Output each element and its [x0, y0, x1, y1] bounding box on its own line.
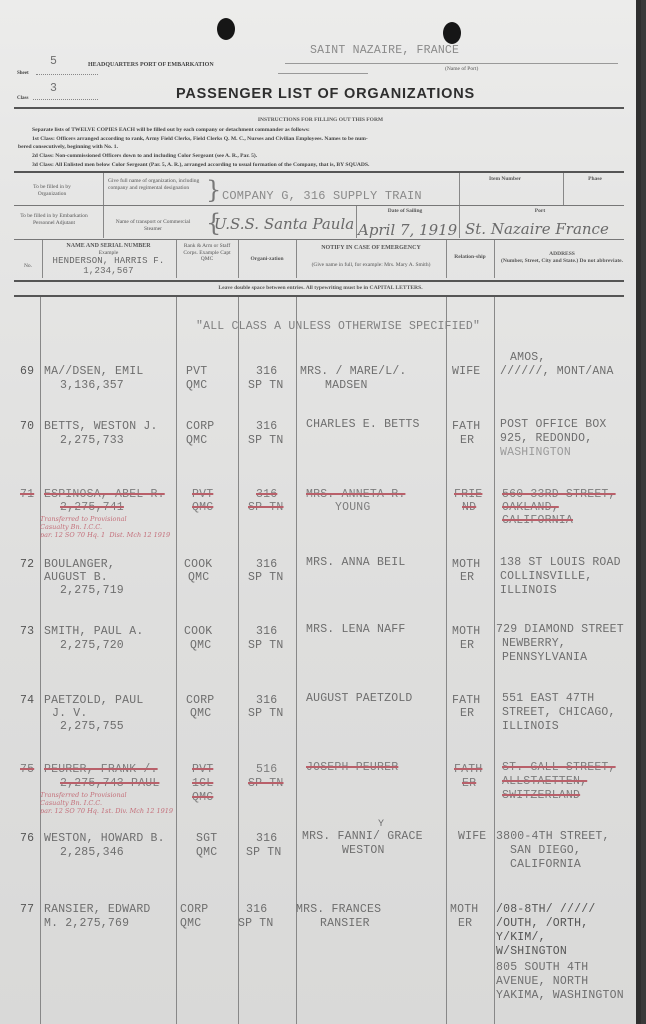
entry-serial: 2,275,719	[60, 584, 124, 598]
entry-address-3: CALIFORNIA	[502, 514, 573, 528]
passenger-list-document: 5 Sheet HEADQUARTERS PORT OF EMBARKATION…	[0, 0, 641, 1024]
entry-serial: 2,285,346	[60, 846, 124, 860]
col-name-title: NAME AND SERIAL NUMBER	[42, 243, 175, 250]
entry-org: 316	[256, 365, 277, 379]
entry-no: 75	[20, 763, 34, 777]
org-instruction: Give full name of organization, includin…	[108, 178, 206, 191]
filled-by-org-label: To be filled in by Organization	[22, 184, 82, 197]
entry-org: 316	[256, 832, 277, 846]
entry-address-3: SWITZERLAND	[502, 789, 580, 803]
entry-org-unit: SP TN	[248, 379, 284, 393]
transfer-annotation: Transferred to Provisional Casualty Bn. …	[40, 791, 173, 815]
entry-relationship-2: ER	[460, 639, 474, 653]
entry-address-2: 925, REDONDO,	[500, 432, 592, 446]
entry-address-5: 805 SOUTH 4TH	[496, 961, 588, 975]
entry-no: 74	[20, 694, 34, 708]
entry-address-1: /08-8TH/ /////	[496, 903, 595, 917]
entry-arm: 1CL	[192, 777, 213, 791]
class-note: "ALL CLASS A UNLESS OTHERWISE SPECIFIED"	[196, 320, 480, 334]
entry-notify-2: WESTON	[342, 844, 385, 858]
entry-org: 316	[256, 488, 277, 502]
date-of-sailing: April 7, 1919	[358, 221, 457, 239]
entry-rank: COOK	[184, 625, 212, 639]
instructions-line-5: 3d Class: All Enlisted men below Color S…	[32, 161, 369, 169]
short-divider	[278, 73, 368, 74]
entry-address-2: /OUTH, /ORTH,	[496, 917, 588, 931]
entry-notify-2: MADSEN	[325, 379, 368, 393]
scan-edge	[636, 0, 641, 1024]
entry-serial: 2,275,743 PAUL	[60, 777, 159, 791]
entry-no: 72	[20, 558, 34, 572]
entry-notify: AUGUST PAETZOLD	[306, 692, 413, 706]
body-line-1	[40, 297, 41, 1024]
entry-address-7: YAKIMA, WASHINGTON	[496, 989, 624, 1003]
embark-divider-3	[459, 206, 460, 238]
org-rule	[14, 205, 624, 206]
sheet-line	[36, 74, 98, 75]
entry-arm: QMC	[192, 501, 213, 515]
entry-rank: CORP	[186, 694, 214, 708]
punch-hole-right	[443, 22, 461, 44]
port-line	[285, 63, 618, 64]
entry-address-4: W/SHINGTON	[496, 945, 567, 959]
entry-address-6: AVENUE, NORTH	[496, 975, 588, 989]
entry-org-unit: SP TN	[248, 639, 284, 653]
entry-rank: PVT	[186, 365, 207, 379]
organization-name: COMPANY G, 316 SUPPLY TRAIN	[222, 189, 422, 203]
entry-org-unit: SP TN	[248, 434, 284, 448]
entry-relationship-2: ER	[462, 777, 476, 791]
body-line-5	[446, 297, 447, 1024]
entry-no: 70	[20, 420, 34, 434]
entry-notify-2: YOUNG	[335, 501, 371, 515]
col-relationship: Relation-ship	[448, 254, 492, 261]
entry-address-3: ILLINOIS	[500, 584, 557, 598]
entry-address-3: Y/KIM/,	[496, 931, 546, 945]
entry-address-2: STREET, CHICAGO,	[502, 706, 616, 720]
entry-address-2: ALLSTAETTEN,	[502, 775, 587, 789]
entry-relationship-2: ER	[460, 571, 474, 585]
entry-address-3: ILLINOIS	[502, 720, 559, 734]
entry-relationship: FATH	[454, 763, 482, 777]
entry-arm: QMC	[190, 707, 211, 721]
entry-serial: 2,275,755	[60, 720, 124, 734]
entry-address-1: 3800-4TH STREET,	[496, 830, 610, 844]
entry-notify: MRS. LENA NAFF	[306, 623, 405, 637]
entry-relationship-2: ER	[458, 917, 472, 931]
entry-rank: CORP	[180, 903, 208, 917]
entry-name: BETTS, WESTON J.	[44, 420, 158, 434]
entry-name: PAETZOLD, PAUL	[44, 694, 143, 708]
col-line-3	[238, 240, 239, 278]
body-line-3	[238, 297, 239, 1024]
entry-address-3: WASHINGTON	[500, 446, 571, 460]
col-notify-title: NOTIFY IN CASE OF EMERGENCY	[310, 245, 432, 252]
entry-org-unit: SP TN	[238, 917, 274, 931]
entry-address-2: NEWBERRY,	[502, 637, 566, 651]
entry-org: 316	[256, 625, 277, 639]
instructions-line-2: 1st Class: Officers arranged according t…	[32, 135, 368, 143]
entry-rank: SGT	[196, 832, 217, 846]
entry-name: PEURER, FRANK /.	[44, 763, 158, 777]
sheet-label: Sheet	[17, 70, 29, 78]
entry-address-2: OAKLAND,	[502, 501, 559, 515]
transport-name: U.S.S. Santa Paula	[214, 215, 354, 233]
entry-arm: QMC	[180, 917, 201, 931]
entry-relationship-2: ND	[462, 501, 476, 515]
class-line	[33, 99, 98, 100]
entry-rank: PVT	[192, 763, 213, 777]
entry-arm: QMC	[190, 639, 211, 653]
entry-notify: MRS. ANNETA R.	[306, 488, 405, 502]
entry-name: SMITH, PAUL A.	[44, 625, 143, 639]
col-line-2	[176, 240, 177, 278]
entry-arm-2: QMC	[192, 791, 213, 805]
entry-name: ESPINOSA, ABEL R.	[44, 488, 165, 502]
entry-org-unit: SP TN	[248, 707, 284, 721]
entry-org-unit: SP TN	[248, 571, 284, 585]
entry-notify-2: RANSIER	[320, 917, 370, 931]
port-caption: (Name of Port)	[445, 66, 478, 73]
entry-address-3: PENNSYLVANIA	[502, 651, 587, 665]
class-label: Class	[17, 95, 28, 103]
entry-rank: COOK	[184, 558, 212, 572]
entry-address-1: 729 DIAMOND STREET	[496, 623, 624, 637]
instructions-rule	[14, 171, 624, 173]
entry-org-unit: SP TN	[246, 846, 282, 860]
entry-name-2: M. 2,275,769	[44, 917, 129, 931]
transport-instruction: Name of transport or Commercial Steamer	[108, 219, 198, 232]
entry-no: 76	[20, 832, 34, 846]
entry-notify: MRS. ANNA BEIL	[306, 556, 405, 570]
hq-label: HEADQUARTERS PORT OF EMBARKATION	[88, 61, 214, 69]
entry-relationship-2: ER	[460, 707, 474, 721]
col-line-4	[296, 240, 297, 278]
entry-notify: MRS. FRANCES	[296, 903, 381, 917]
transfer-annotation: Transferred to Provisional Casualty Bn. …	[40, 515, 170, 539]
entry-org: 316	[256, 558, 277, 572]
col-organization: Organi-zation	[244, 256, 290, 263]
port-name: SAINT NAZAIRE, FRANCE	[310, 44, 459, 58]
instructions-heading: INSTRUCTIONS FOR FILLING OUT THIS FORM	[0, 117, 641, 124]
col-name-example-2: 1,234,567	[42, 266, 175, 277]
embark-divider-1	[103, 206, 104, 238]
header-rule	[14, 280, 624, 282]
entry-notify: MRS. FANNI/ GRACE	[302, 830, 423, 844]
port-label: Port	[520, 208, 560, 215]
entry-address-1: 560-33RD STREET,	[502, 488, 616, 502]
col-address-title: ADDRESS	[498, 251, 626, 258]
entry-address-2: COLLINSVILLE,	[500, 570, 592, 584]
phase-label: Phase	[570, 176, 620, 183]
entry-name: MA//DSEN, EMIL	[44, 365, 143, 379]
notice-rule	[14, 295, 624, 297]
punch-hole-left	[217, 18, 235, 40]
instructions-line-1: Separate lists of TWELVE COPIES EACH wil…	[32, 126, 310, 134]
entry-serial: 2,275,741	[60, 501, 124, 515]
embark-divider-2	[356, 206, 357, 238]
title-rule	[14, 107, 624, 109]
entry-org: 516	[256, 763, 277, 777]
class-value: 3	[50, 82, 57, 96]
org-brace: }	[206, 176, 221, 204]
entry-address-1: POST OFFICE BOX	[500, 418, 607, 432]
entry-name: WESTON, HOWARD B.	[44, 832, 165, 846]
body-line-2	[176, 297, 177, 1024]
entry-relationship: WIFE	[458, 830, 486, 844]
entry-address-2: //////, MONT/ANA	[500, 365, 614, 379]
org-divider-1	[103, 173, 104, 205]
col-line-6	[494, 240, 495, 278]
entry-rank: CORP	[186, 420, 214, 434]
entry-no: 69	[20, 365, 34, 379]
entry-address-1: 551 EAST 47TH	[502, 692, 594, 706]
entry-address-2: SAN DIEGO,	[510, 844, 581, 858]
entry-org: 316	[256, 420, 277, 434]
entry-relationship: FATH	[452, 420, 480, 434]
entry-serial: 2,275,720	[60, 639, 124, 653]
entry-no: 71	[20, 488, 34, 502]
sheet-value: 5	[50, 55, 57, 69]
entry-relationship: WIFE	[452, 365, 480, 379]
item-number-label: Item Number	[470, 176, 540, 183]
body-line-6	[494, 297, 495, 1024]
page-title: PASSENGER LIST OF ORGANIZATIONS	[176, 86, 475, 102]
org-divider-3	[563, 173, 564, 205]
date-of-sailing-label: Date of Sailing	[360, 208, 450, 215]
capital-letters-notice: Leave double space between entries. All …	[0, 285, 641, 292]
entry-no: 77	[20, 903, 34, 917]
entry-serial: 3,136,357	[60, 379, 124, 393]
entry-relationship: MOTH	[452, 558, 480, 572]
port-value: St. Nazaire France	[465, 220, 609, 238]
entry-notify: CHARLES E. BETTS	[306, 418, 420, 432]
entry-org-unit: SP TN	[248, 501, 284, 515]
entry-notify: JOSEPH PEURER	[306, 761, 398, 775]
col-rank: Rank & Arm or Staff Corps. Example Capt …	[180, 243, 234, 263]
entry-relationship: MOTH	[450, 903, 478, 917]
entry-arm: QMC	[186, 379, 207, 393]
entry-arm: QMC	[196, 846, 217, 860]
entry-relationship: FRIE	[454, 488, 482, 502]
entry-no: 73	[20, 625, 34, 639]
entry-org-unit: SP TN	[248, 777, 284, 791]
entry-address-1: AMOS,	[510, 351, 546, 365]
entry-name-2: J. V.	[52, 707, 88, 721]
col-notify-note: (Give name in full, for example: Mrs. Ma…	[300, 262, 442, 269]
org-divider-2	[459, 173, 460, 205]
entry-relationship: MOTH	[452, 625, 480, 639]
entry-serial: 2,275,733	[60, 434, 124, 448]
filled-by-embark-label: To be filled in by Embarkation Personnel…	[14, 213, 94, 226]
instructions-line-3: bered consecutively, beginning with No. …	[18, 143, 118, 151]
entry-name-2: AUGUST B.	[44, 571, 108, 585]
entry-org: 316	[256, 694, 277, 708]
entry-name: RANSIER, EDWARD	[44, 903, 151, 917]
entry-address-3: CALIFORNIA	[510, 858, 581, 872]
entry-relationship: FATH	[452, 694, 480, 708]
embark-rule	[14, 239, 624, 240]
col-address-note: (Number, Street, City and State.) Do not…	[496, 258, 628, 265]
entry-org: 316	[246, 903, 267, 917]
entry-address-1: ST. GALL STREET,	[502, 761, 616, 775]
entry-relationship-2: ER	[460, 434, 474, 448]
col-line-5	[446, 240, 447, 278]
entry-rank: PVT	[192, 488, 213, 502]
entry-name: BOULANGER,	[44, 558, 115, 572]
col-no: No.	[14, 263, 42, 270]
instructions-line-4: 2d Class: Non-commissioned Officers down…	[32, 152, 257, 160]
entry-arm: QMC	[186, 434, 207, 448]
entry-address-1: 138 ST LOUIS ROAD	[500, 556, 621, 570]
entry-notify: MRS. / MARE/L/.	[300, 365, 407, 379]
entry-arm: QMC	[188, 571, 209, 585]
